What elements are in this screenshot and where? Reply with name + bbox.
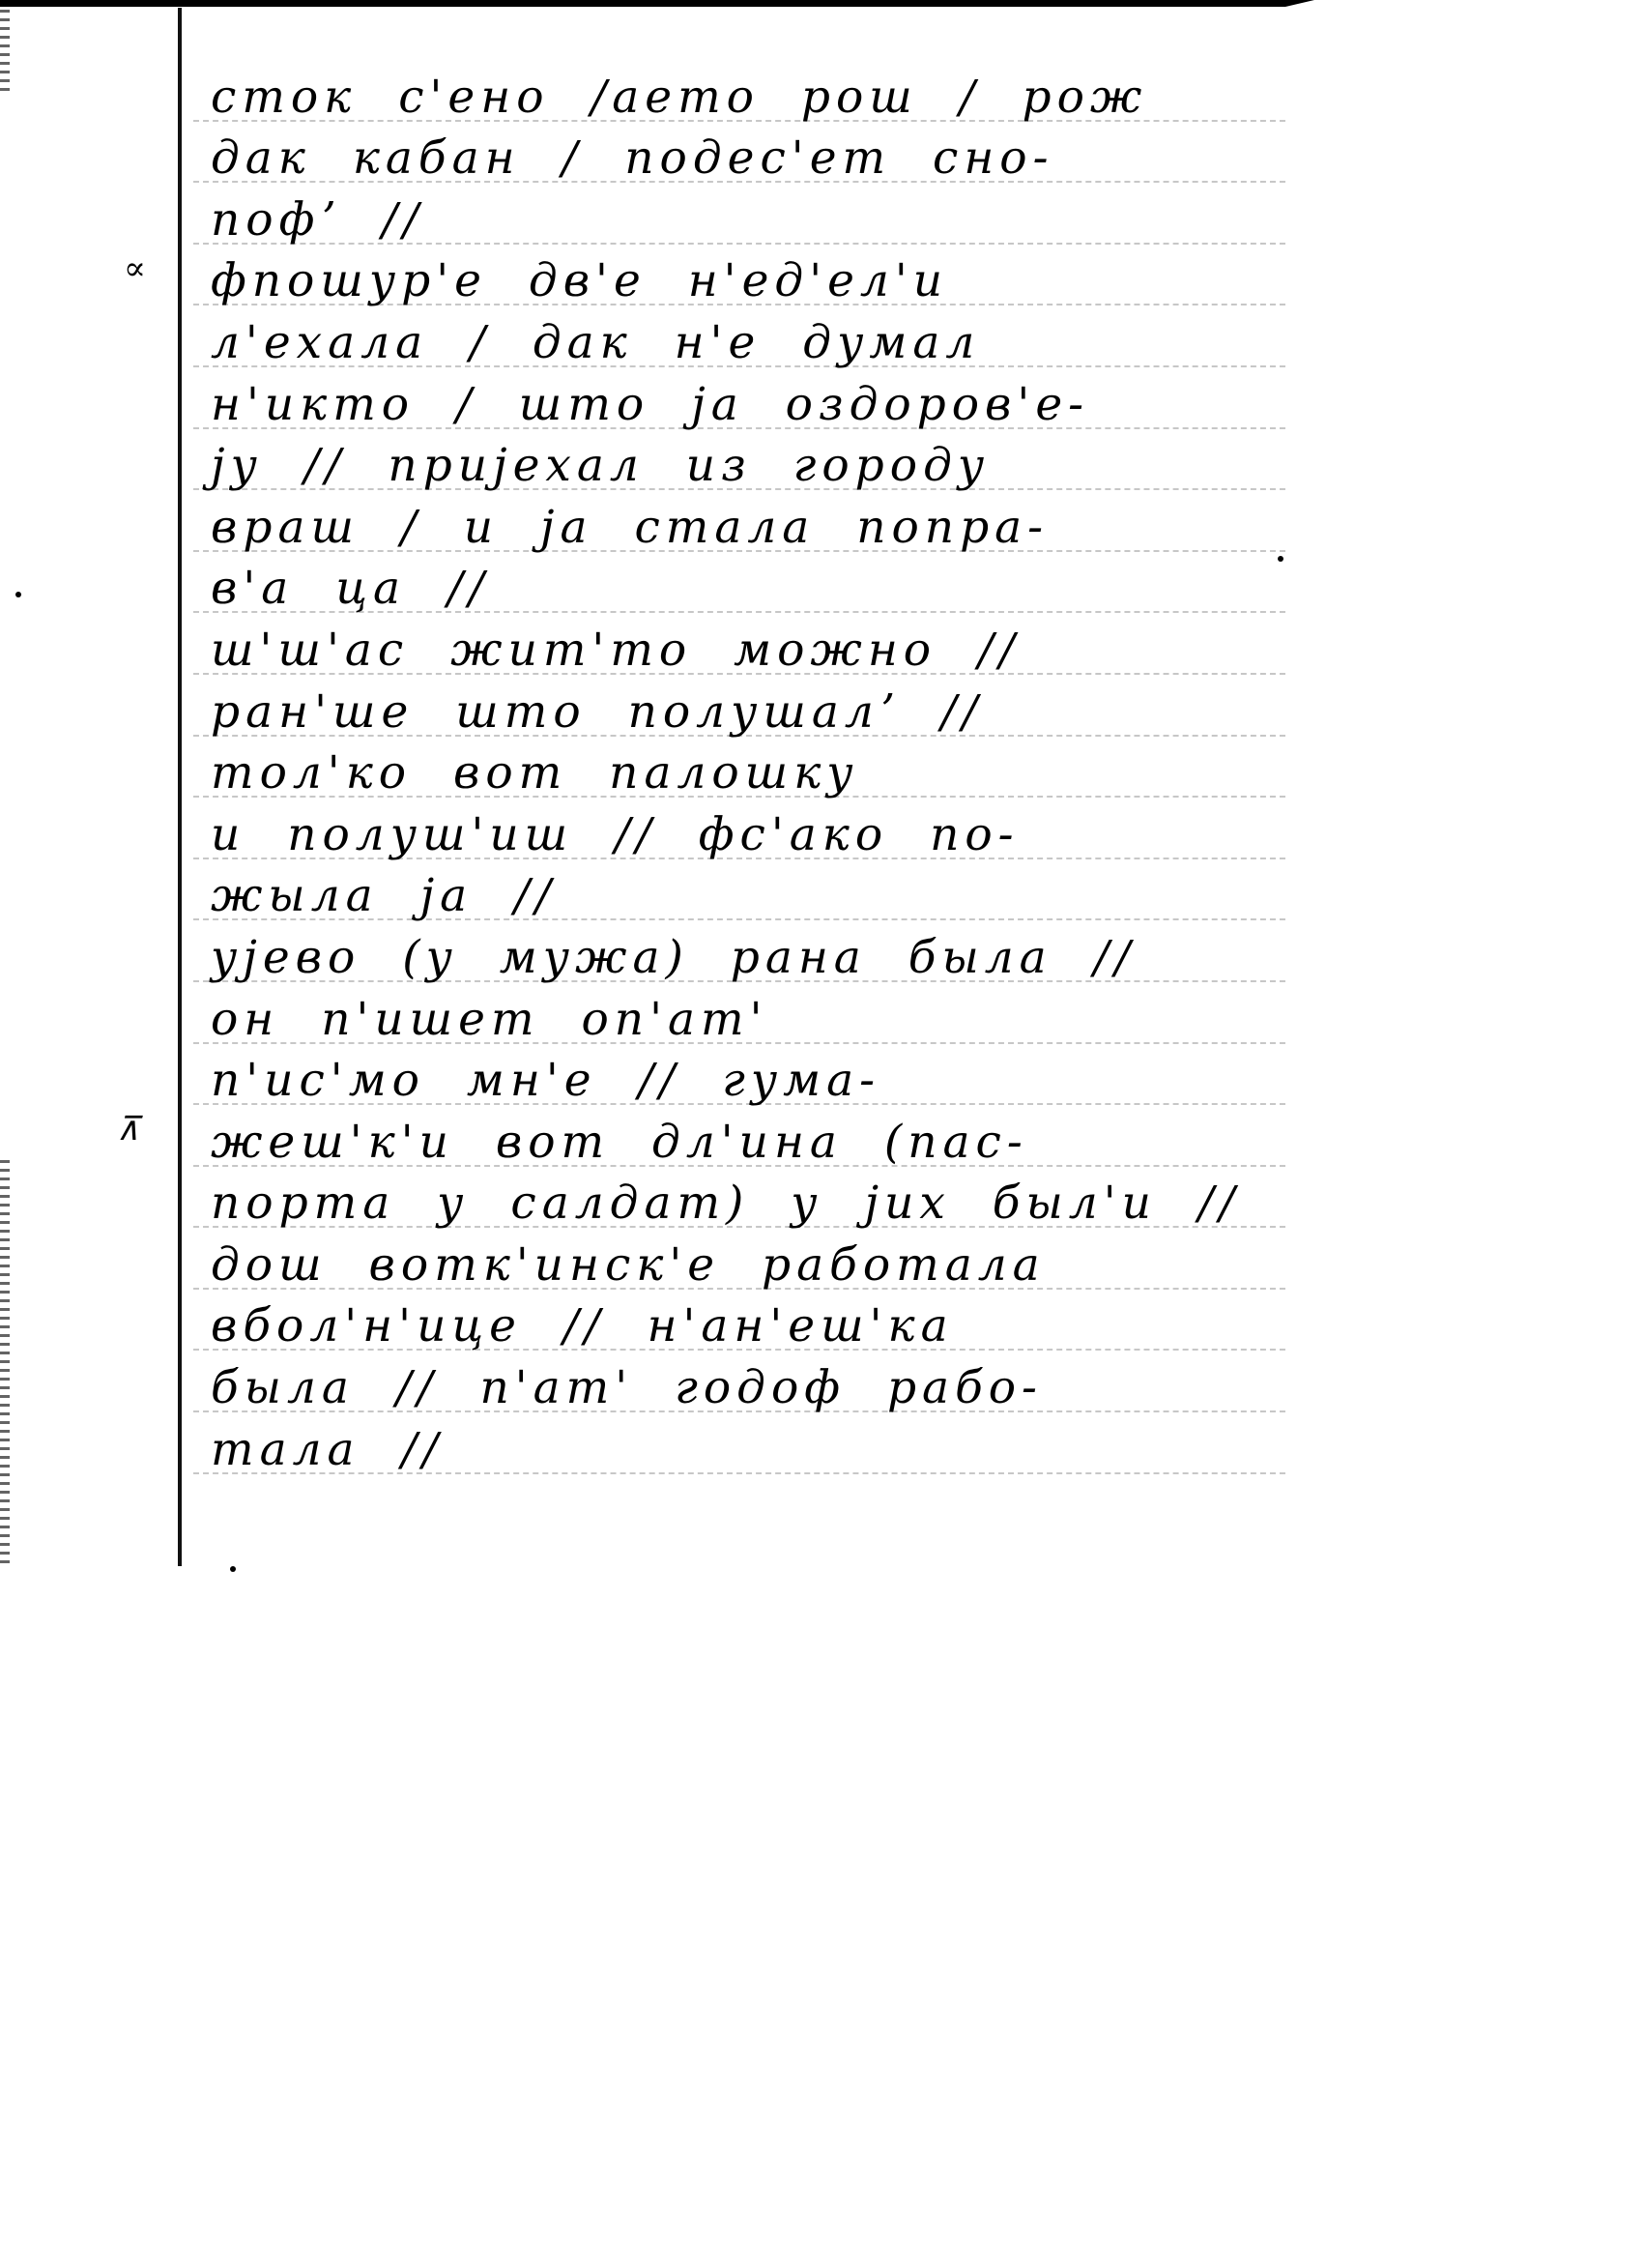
- scanned-page: ∝ ⊼ сток с'ено /аето рош / рож дак кабан…: [0, 0, 1643, 2268]
- text-line: фпошур'е дв'е н'ед'ел'и: [193, 252, 1285, 314]
- text-line: ран'ше што полушалʼ //: [193, 683, 1285, 744]
- text-line: в'а ца //: [193, 560, 1285, 622]
- text-line: была // п'ат' годоф рабо-: [193, 1358, 1285, 1420]
- scan-edge-noise: [0, 10, 10, 97]
- text-line: ју // приjехал из городу: [193, 437, 1285, 499]
- text-line: ш'ш'ас жит'то можно //: [193, 621, 1285, 683]
- scan-speck: [15, 592, 21, 597]
- margin-mark-1: ∝: [124, 249, 146, 288]
- text-line: порта у салдат) у јих был'и //: [193, 1175, 1285, 1236]
- text-line: дош вотк'инск'е работала: [193, 1236, 1285, 1297]
- scan-speck: [230, 1566, 236, 1572]
- text-line: дак кабан / подес'ет сно-: [193, 130, 1285, 191]
- text-line: н'икто / што ја оздоров'е-: [193, 375, 1285, 437]
- handwritten-text-block: сток с'ено /аето рош / рож дак кабан / п…: [193, 68, 1285, 1482]
- text-line: жеш'к'и вот дл'ина (пас-: [193, 1113, 1285, 1175]
- text-line: вбол'н'ице // н'ан'еш'ка: [193, 1297, 1285, 1359]
- text-line: пофʼ //: [193, 190, 1285, 252]
- scan-edge-noise: [0, 1160, 10, 1566]
- text-line: он п'ишет оп'ат': [193, 990, 1285, 1052]
- text-line: л'ехала / дак н'е думал: [193, 313, 1285, 375]
- scan-top-border: [0, 0, 1285, 7]
- margin-mark-2: ⊼: [116, 1110, 140, 1149]
- text-line: тала //: [193, 1420, 1285, 1482]
- text-line: тол'ко вот палошку: [193, 744, 1285, 806]
- text-line: сток с'ено /аето рош / рож: [193, 68, 1285, 130]
- left-margin-line: [178, 8, 182, 1566]
- text-line: враш / и ја стала попра-: [193, 498, 1285, 560]
- text-line: ујево (у мужа) рана была //: [193, 928, 1285, 990]
- text-line: жыла ја //: [193, 867, 1285, 929]
- text-line: п'ис'мо мн'е // гума-: [193, 1052, 1285, 1114]
- text-line: и полуш'иш // фс'ако по-: [193, 805, 1285, 867]
